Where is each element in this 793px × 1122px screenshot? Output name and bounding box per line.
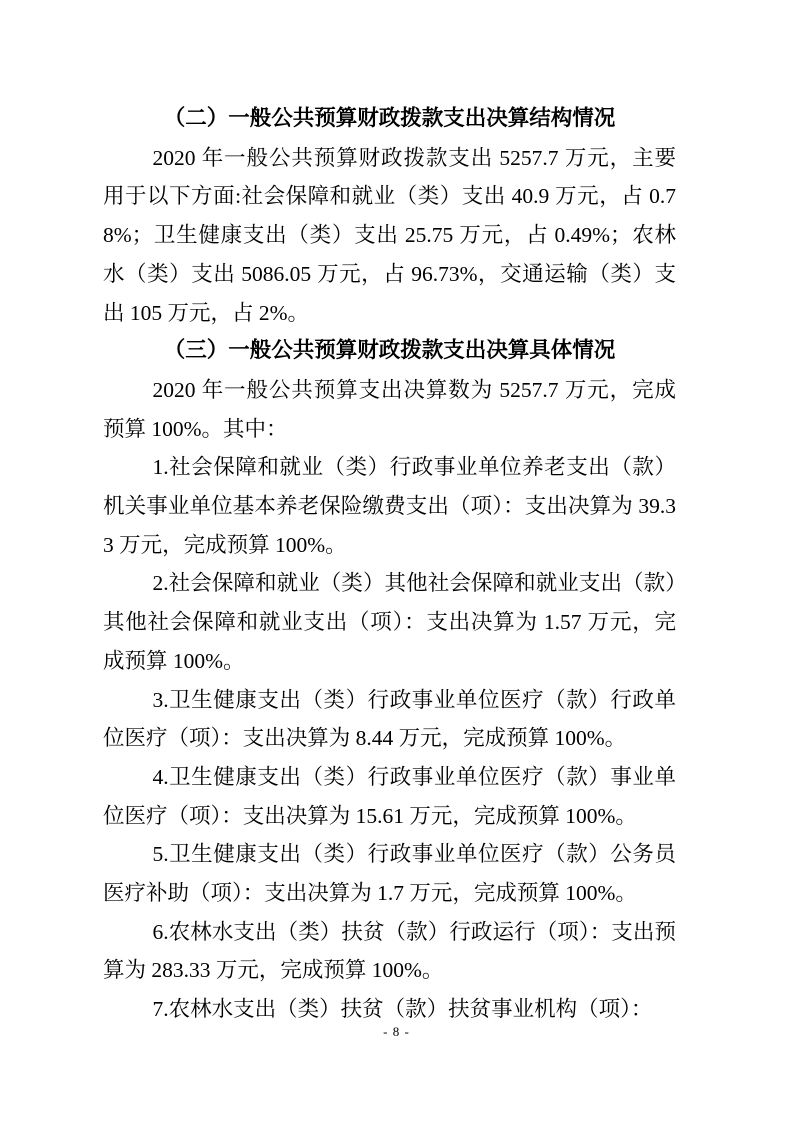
document-body: （二）一般公共预算财政拨款支出决算结构情况 2020 年一般公共预算财政拨款支出… bbox=[103, 100, 676, 1029]
paragraph-item-6: 6.农林水支出（类）扶贫（款）行政运行（项）：支出预算为 283.33 万元，完… bbox=[103, 913, 676, 990]
section-heading-budget-structure: （二）一般公共预算财政拨款支出决算结构情况 bbox=[103, 100, 676, 139]
paragraph-item-4: 4.卫生健康支出（类）行政事业单位医疗（款）事业单位医疗（项）：支出决算为 15… bbox=[103, 758, 676, 835]
paragraph-item-1: 1.社会保障和就业（类）行政事业单位养老支出（款）机关事业单位基本养老保险缴费支… bbox=[103, 448, 676, 564]
section-heading-budget-detail: （三）一般公共预算财政拨款支出决算具体情况 bbox=[103, 332, 676, 371]
document-page: （二）一般公共预算财政拨款支出决算结构情况 2020 年一般公共预算财政拨款支出… bbox=[0, 0, 793, 1122]
paragraph-item-3: 3.卫生健康支出（类）行政事业单位医疗（款）行政单位医疗（项）：支出决算为 8.… bbox=[103, 681, 676, 758]
paragraph-budget-total: 2020 年一般公共预算支出决算数为 5257.7 万元，完成预算 100%。其… bbox=[103, 371, 676, 448]
page-number: - 8 - bbox=[383, 1024, 410, 1039]
paragraph-item-2: 2.社会保障和就业（类）其他社会保障和就业支出（款）其他社会保障和就业支出（项）… bbox=[103, 564, 676, 680]
page-footer: - 8 - bbox=[0, 1023, 793, 1041]
paragraph-budget-structure: 2020 年一般公共预算财政拨款支出 5257.7 万元，主要用于以下方面:社会… bbox=[103, 139, 676, 333]
paragraph-item-5: 5.卫生健康支出（类）行政事业单位医疗（款）公务员医疗补助（项）：支出决算为 1… bbox=[103, 835, 676, 912]
